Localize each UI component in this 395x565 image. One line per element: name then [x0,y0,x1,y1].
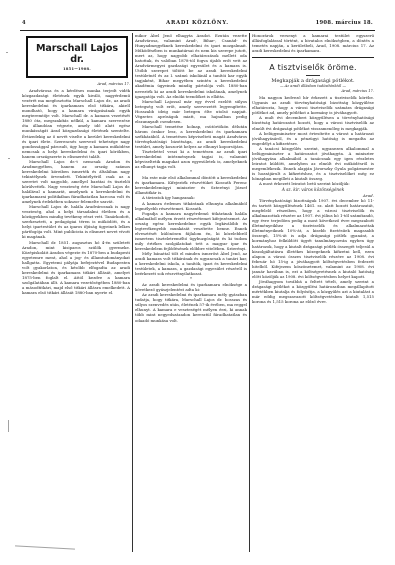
column-1: Marschall Lajos dr. 1851—1908. Arad, már… [22,33,130,558]
paragraph: Marschall Lajos dr.-t nemcsak Aradon és … [22,159,130,204]
paragraph: mikor Ábel Jenő elhagyta Aradot. Ezután … [135,33,247,99]
paragraph: Ma este már első alkalommal döntött a ke… [135,175,247,195]
paragraph: A tanácsi közgyűlés szerint, ugyanezen a… [252,146,374,181]
column-divider [249,33,250,552]
columns: Marschall Lajos dr. 1851—1908. Arad, már… [20,33,375,558]
masthead-rule [20,30,375,31]
paragraph: Marschall temetése holnap, csütörtökön d… [135,124,247,149]
letter-address: A sz. kir. város közönségének [252,186,374,193]
column-divider [132,33,133,552]
issue-date: 1908. március 18. [316,20,373,26]
article-separator [252,57,374,58]
paragraph: A mult évi decemberi közgyűlésen a törvé… [252,115,374,130]
paragraph: Ma nagyon kedvező hír érkezett a tisztvi… [252,95,374,115]
paragraph: Az aradi kereskedelmi és iparkamara mély… [135,292,247,322]
paragraph: Fogadja a kamara nagyérdemű titkárának h… [135,211,247,251]
paragraph: Marschall Lajos dr. halála Aradvárosnak … [22,204,130,239]
dateline: Arad, március 17. [22,82,130,87]
paragraph: A kamara érdemes titkárának elhunyta alk… [135,201,247,211]
obituary-years: 1851—1908. [30,67,124,72]
scan-artifact [6,52,8,53]
article-headline: A tisztviselők öröme. [252,63,374,73]
paragraph: Marschall Lajossal már egy évvel ezelőtt… [135,99,247,124]
paragraph: Honorárok versenyt a kamarai testület eg… [252,33,374,53]
paragraph: Marschall dr. 1851. augusztus hó 4-én sz… [22,240,130,296]
paragraph: A belügyminiszter most értesítette a vár… [252,131,374,146]
column-3: Honorárok versenyt a kamarai testület eg… [252,33,374,558]
paragraph: Mély bánattal tölt el minden ismerőst Áb… [135,251,247,276]
paragraph: Jóváhagyom továbbá a feltett tételt, ame… [252,279,374,304]
paragraph: Törvényhatósági bizottságuk 1907. évi de… [252,198,374,279]
paragraph: Aradvárosa és a kérdéses munka terjedt v… [22,88,130,159]
obituary-name: Marschall Lajos dr. [30,43,124,65]
newspaper-page: 4 ARADI KÖZLÖNY. 1908. március 18. Marsc… [20,18,375,558]
column-2: mikor Ábel Jenő elhagyta Aradot. Ezután … [135,33,247,558]
paragraph: Az aradi kereskedelmi és iparkamara elnö… [135,282,247,292]
headline-rule [306,75,320,76]
masthead: 4 ARADI KÖZLÖNY. 1908. március 18. [20,18,375,30]
obituary-box: Marschall Lajos dr. 1851—1908. [26,36,128,78]
scan-artifact [8,158,10,159]
scan-artifact [8,420,9,432]
dateline: Arad, március 17. [252,89,374,94]
paragraph: Tisztelettel veszi ki a temetésen az ara… [135,149,247,169]
